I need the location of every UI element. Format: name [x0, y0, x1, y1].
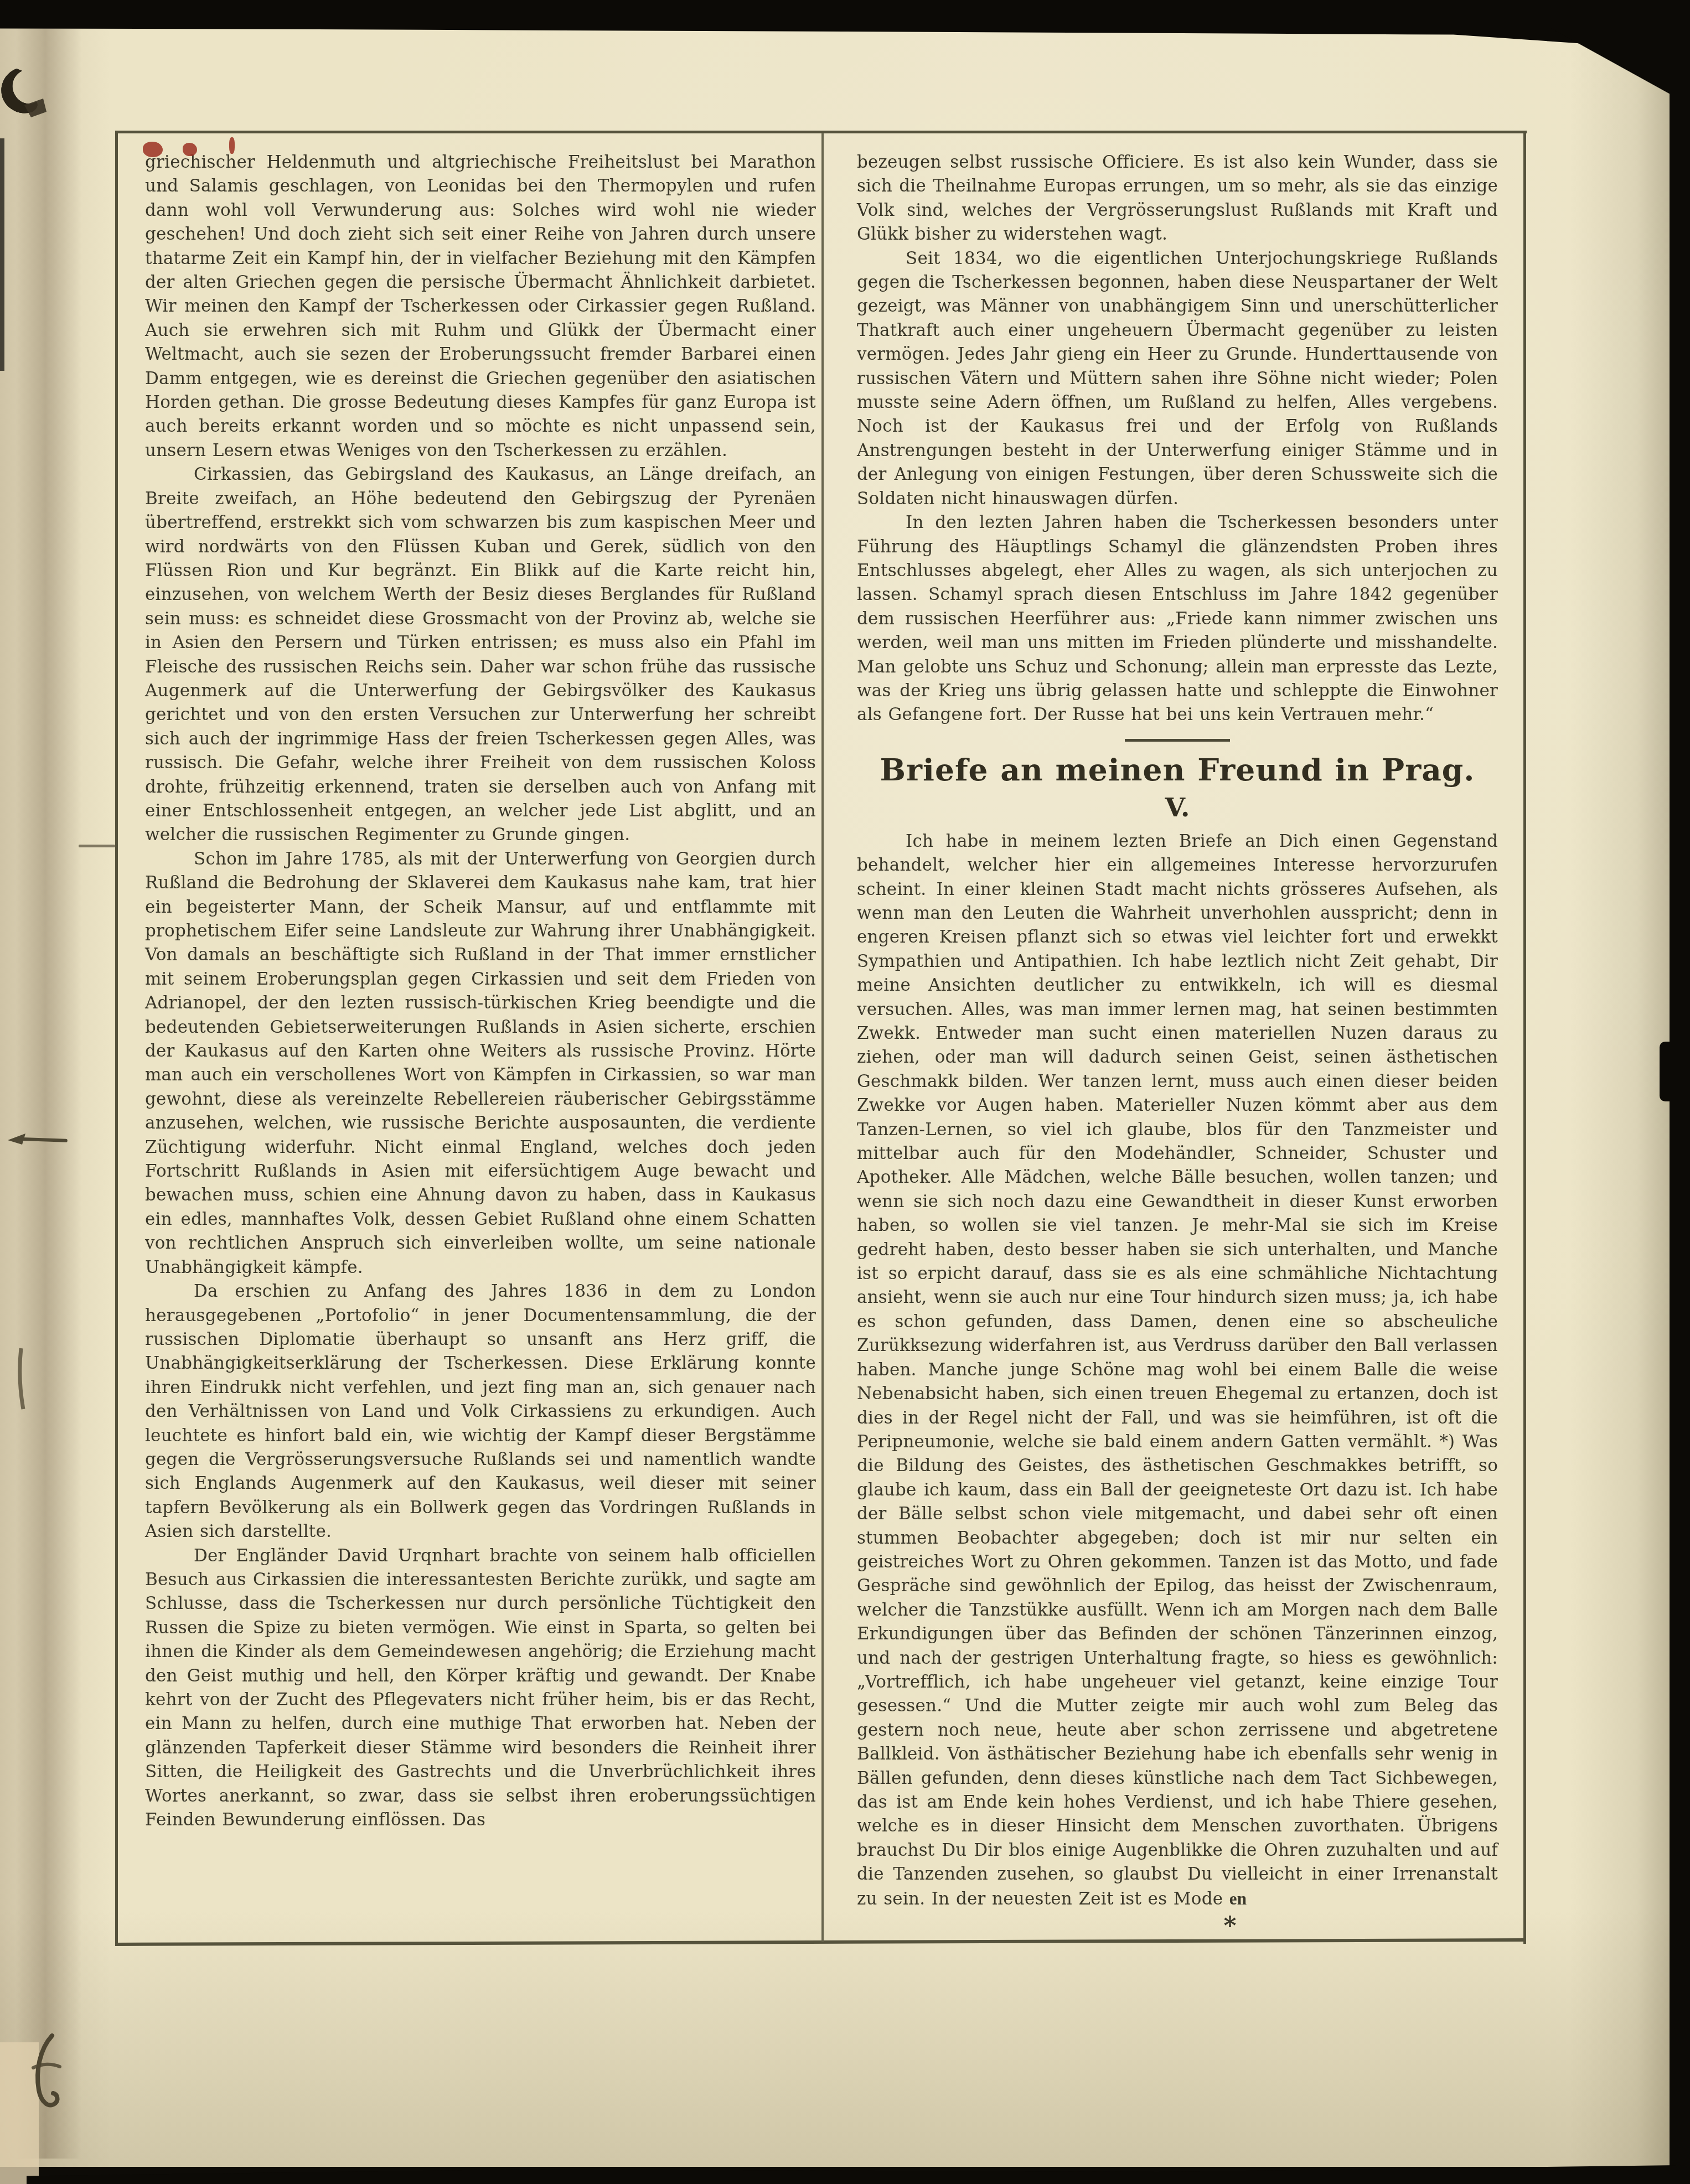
ink-blotch-mark — [0, 65, 61, 126]
letter-text: Ich habe in meinem lezten Briefe an Dich… — [857, 831, 1498, 1909]
article-paragraph: Der Engländer David Urqnhart brachte von… — [145, 1544, 816, 1833]
ink-blotch-tail — [24, 99, 46, 117]
article-paragraph: In den lezten Jahren haben die Tscherkes… — [857, 511, 1498, 727]
flourish-cross — [33, 2064, 60, 2068]
letter-paragraph: Ich habe in meinem lezten Briefe an Dich… — [857, 830, 1498, 1911]
red-stain — [229, 137, 235, 154]
margin-dash-mark — [77, 839, 122, 853]
section-number: V. — [857, 794, 1498, 822]
dash-stroke — [79, 845, 115, 847]
article-paragraph: Schon im Jahre 1785, als mit der Unterwe… — [145, 847, 816, 1280]
footnote-asterisk: * — [909, 1914, 1551, 1938]
letter-text-foreign-suffix: en — [1229, 1889, 1247, 1908]
article-paragraph: Da erschien zu Anfang des Jahres 1836 in… — [145, 1280, 816, 1544]
scan-background-right — [1670, 32, 1690, 2184]
scan-background-left-sliver — [0, 138, 4, 371]
page-frame-top — [115, 131, 1527, 133]
article-paragraph: Cirkassien, das Gebirgsland des Kaukasus… — [145, 463, 816, 847]
left-text-column: griechischer Heldenmuth und altgriechisc… — [145, 151, 816, 1832]
article-paragraph: Seit 1834, wo die eigentlichen Unterjoch… — [857, 247, 1498, 511]
right-text-column: bezeugen selbst russische Officiere. Es … — [857, 151, 1498, 1938]
scan-background-right-notch — [1660, 1042, 1690, 1101]
scanned-newspaper-page: griechischer Heldenmuth und altgriechisc… — [0, 0, 1690, 2184]
margin-arrow-mark — [7, 1128, 73, 1152]
section-divider-rule — [1125, 739, 1230, 742]
section-title: Briefe an meinen Freund in Prag. — [857, 753, 1498, 787]
page-frame-left — [115, 131, 118, 1944]
red-stain — [183, 143, 197, 156]
page-frame-right — [1523, 131, 1526, 1944]
arrow-shaft — [21, 1137, 68, 1142]
vertical-stroke — [20, 1348, 23, 1409]
article-paragraph: griechischer Heldenmuth und altgriechisc… — [145, 151, 816, 463]
article-paragraph: bezeugen selbst russische Officiere. Es … — [857, 151, 1498, 247]
column-divider-rule — [821, 133, 824, 1942]
red-stain — [143, 142, 163, 157]
pen-flourish-mark — [23, 2032, 68, 2115]
flourish-curve — [38, 2036, 57, 2105]
margin-stroke-mark — [13, 1346, 30, 1412]
binding-crease-shadow — [15, 22, 82, 2159]
